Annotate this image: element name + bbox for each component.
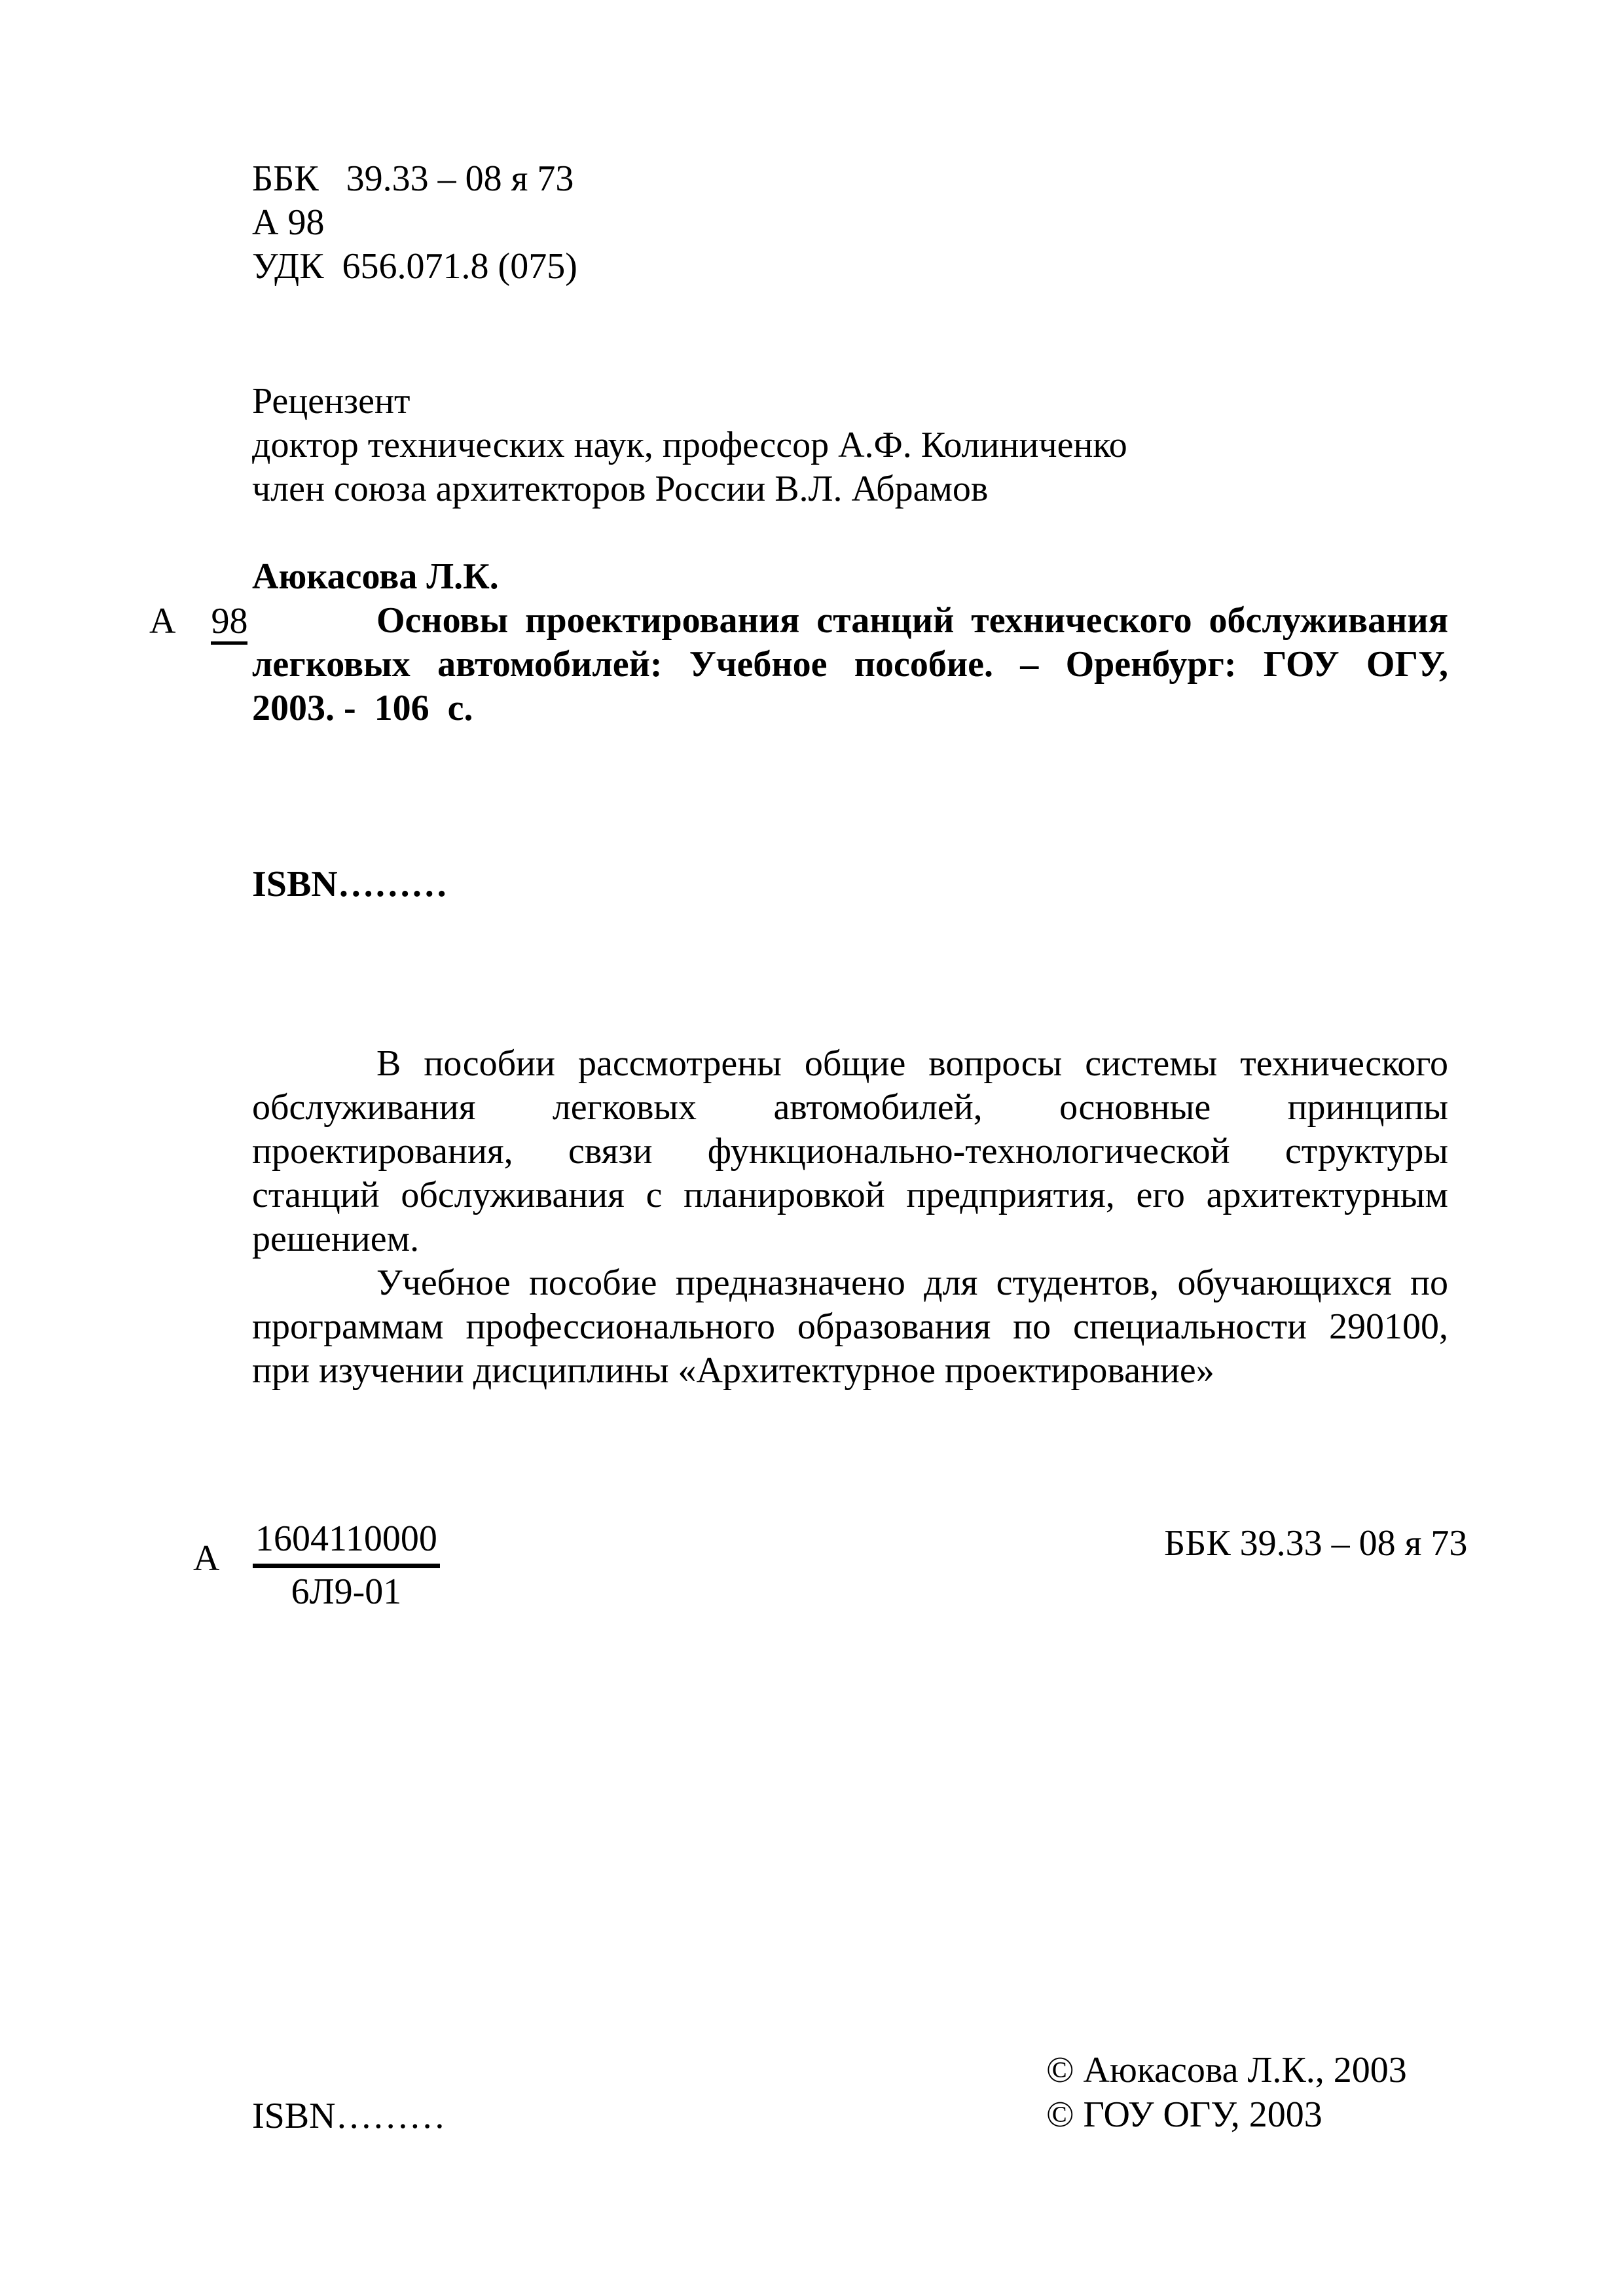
abstract-paragraph-1: В пособии рассмотрены общие вопросы сист… <box>252 1042 1448 1261</box>
index-code-fraction: 1604110000 6Л9-01 <box>253 1517 440 1614</box>
title-line-2: легковых автомобилей: Учебное пособие. –… <box>252 643 1448 687</box>
isbn-top: ISBN……… <box>252 863 1448 906</box>
reviewer-line-1: доктор технических наук, профессор А.Ф. … <box>252 423 1448 467</box>
reviewer-block: Рецензент доктор технических наук, профе… <box>252 380 1448 511</box>
abstract-p2-line-1: Учебное пособие предназначено для студен… <box>252 1261 1448 1305</box>
abstract-p1-line-1: В пособии рассмотрены общие вопросы сист… <box>252 1042 1448 1086</box>
copyright-publisher: © ГОУ ОГУ, 2003 <box>1046 2093 1322 2137</box>
margin-code-letter: А <box>149 600 175 643</box>
udk-code-line: УДК 656.071.8 (075) <box>252 245 1448 289</box>
copyright-author: © Аюкасова Л.К., 2003 <box>1046 2049 1407 2092</box>
abstract-p2-line-2: программам профессионального образования… <box>252 1305 1448 1349</box>
title-line-1: Основы проектирования станций техническо… <box>252 599 1448 643</box>
bibliographic-title: Основы проектирования станций техническо… <box>252 599 1448 730</box>
index-code-numerator: 1604110000 <box>253 1517 440 1568</box>
reviewer-line-2: член союза архитекторов России В.Л. Абра… <box>252 467 1448 511</box>
reviewer-heading: Рецензент <box>252 380 1448 423</box>
book-imprint-page: ББК 39.33 – 08 я 73 А 98 УДК 656.071.8 (… <box>0 0 1623 2296</box>
abstract-p1-line-2: обслуживания легковых автомобилей, основ… <box>252 1086 1448 1130</box>
abstract-p1-line-4: станций обслуживания с планировкой предп… <box>252 1174 1448 1217</box>
abstract-p1-line-3: проектирования, связи функционально-техн… <box>252 1130 1448 1174</box>
abstract-p1-line-5: решением. <box>252 1217 1448 1261</box>
abstract-p2-line-3: при изучении дисциплины «Архитектурное п… <box>252 1349 1448 1393</box>
title-line-3: 2003. - 106 с. <box>252 687 1448 730</box>
abstract-paragraph-2: Учебное пособие предназначено для студен… <box>252 1261 1448 1393</box>
author-name: Аюкасова Л.К. <box>252 555 1448 599</box>
index-code-letter: А <box>193 1537 219 1581</box>
bbk-code-line: ББК 39.33 – 08 я 73 <box>252 157 1448 201</box>
index-code-denominator: 6Л9-01 <box>253 1568 440 1614</box>
bbk-code-bottom: ББК 39.33 – 08 я 73 <box>1164 1522 1467 1566</box>
margin-code-number: 98 <box>211 603 247 645</box>
author-code-line: А 98 <box>252 201 1448 245</box>
isbn-bottom: ISBN……… <box>252 2094 446 2138</box>
margin-author-code: А 98 <box>149 600 247 645</box>
catalog-codes-top: ББК 39.33 – 08 я 73 А 98 УДК 656.071.8 (… <box>252 157 1448 289</box>
